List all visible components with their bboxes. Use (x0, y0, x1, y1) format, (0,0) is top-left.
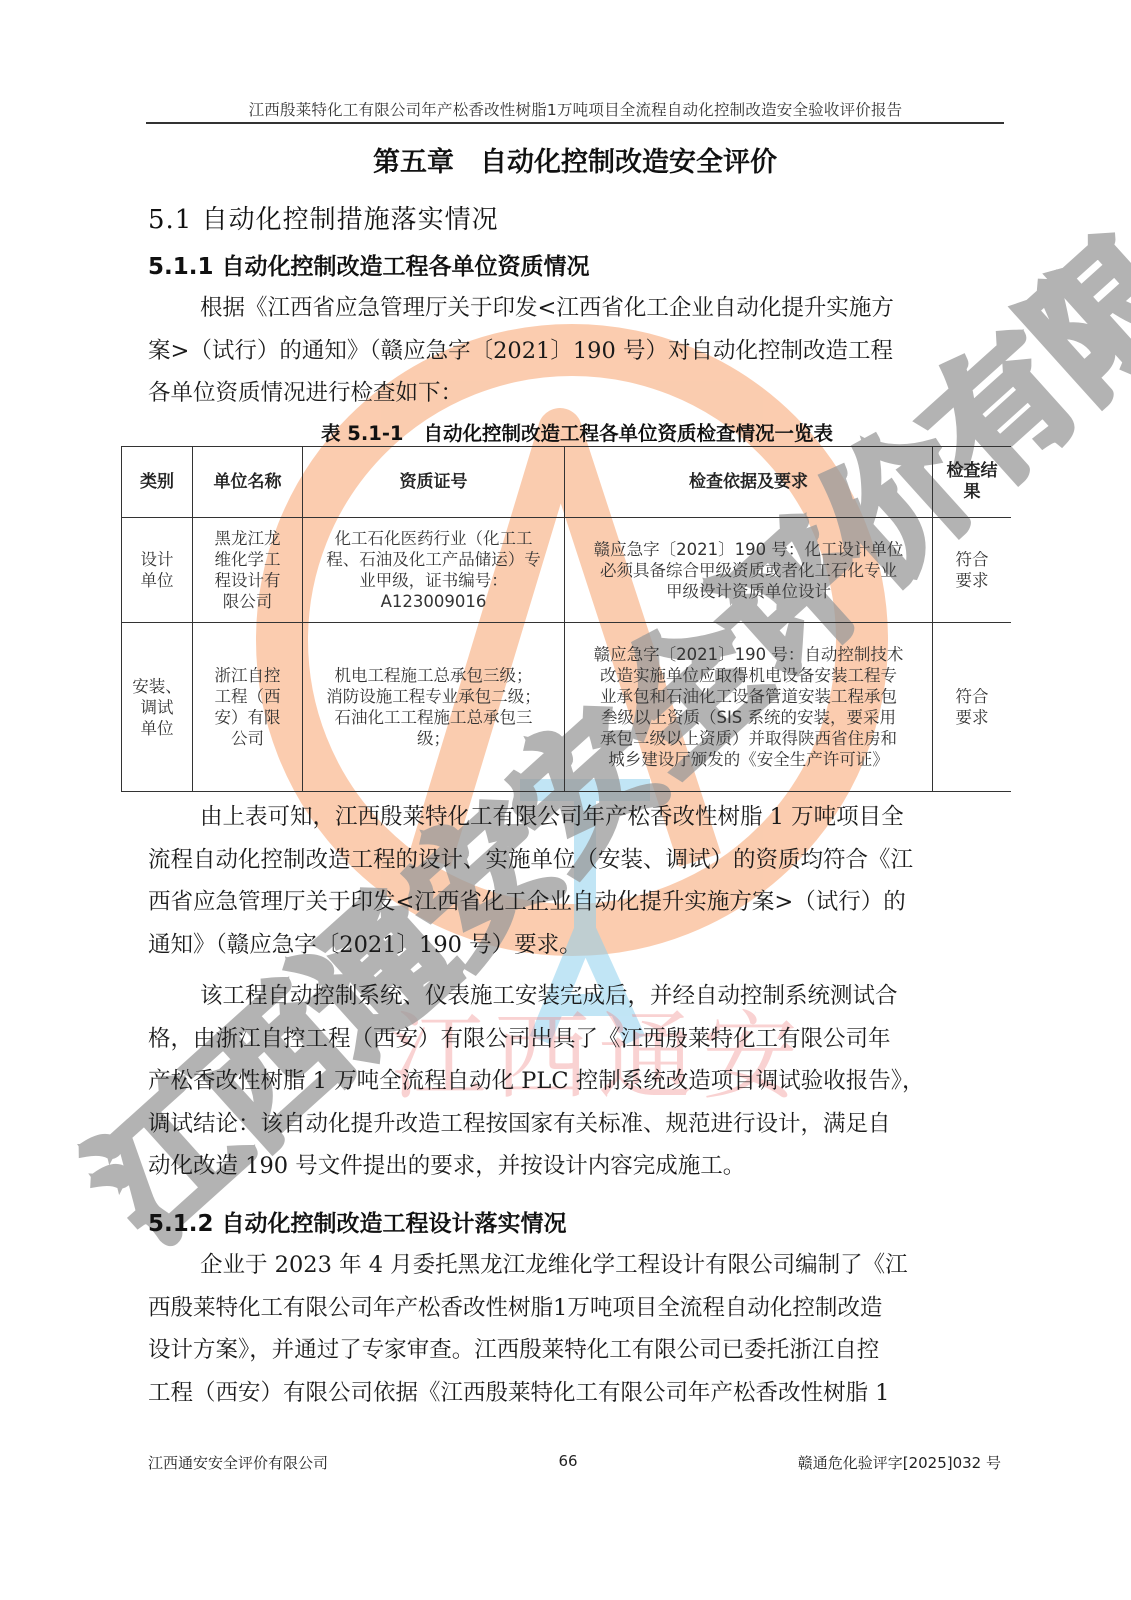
intro-paragraph: 根据《江西省应急管理厅关于印发<江西省化工企业自动化提升实施方 案>（试行）的通… (148, 287, 1008, 415)
text-line: 调试结论：该自动化提升改造工程按国家有关标准、规范进行设计，满足自 (148, 1103, 1008, 1146)
section-heading-5-1-2: 5.1.2 自动化控制改造工程设计落实情况 (148, 1205, 567, 1238)
footer-company: 江西通安安全评价有限公司 (148, 1452, 328, 1473)
cell-result: 符合要求 (933, 518, 1012, 623)
table-number: 表 5.1-1 (321, 422, 404, 445)
text-line: 由上表可知，江西殷莱特化工有限公司年产松香改性树脂 1 万吨项目全 (148, 796, 1008, 839)
cell-unit-name: 浙江自控工程（西安）有限公司 (193, 623, 303, 792)
cell-basis: 赣应急字〔2021〕190 号：自动控制技术改造实施单位应取得机电设备安装工程专… (565, 623, 933, 792)
text-line: 根据《江西省应急管理厅关于印发<江西省化工企业自动化提升实施方 (148, 287, 1008, 330)
text-line: 企业于 2023 年 4 月委托黑龙江龙维化学工程设计有限公司编制了《江 (148, 1244, 1008, 1287)
footer-document-number: 赣通危化验评字[2025]032 号 (798, 1452, 1001, 1473)
header-rule (146, 122, 1004, 124)
chapter-title: 第五章自动化控制改造安全评价 (146, 140, 1004, 179)
cell-qualification: 机电工程施工总承包三级；消防设施工程专业承包二级；石油化工工程施工总承包三级； (303, 623, 565, 792)
chapter-name: 自动化控制改造安全评价 (480, 147, 777, 178)
text-line: 产松香改性树脂 1 万吨全流程自动化 PLC 控制系统改造项目调试验收报告》， (148, 1060, 1008, 1103)
text-line: 各单位资质情况进行检查如下： (148, 372, 1008, 415)
page-number: 66 (548, 1452, 588, 1470)
section-heading-5-1: 5.1 自动化控制措施落实情况 (148, 199, 499, 236)
header-result: 检查结果 (933, 447, 1012, 518)
cell-category: 安装、调试单位 (122, 623, 193, 792)
text-line: 设计方案》，并通过了专家审查。江西殷莱特化工有限公司已委托浙江自控 (148, 1329, 1008, 1372)
cell-basis: 赣应急字〔2021〕190 号：化工设计单位必须具备综合甲级资质或者化工石化专业… (565, 518, 933, 623)
testing-paragraph: 该工程自动控制系统、仪表施工安装完成后，并经自动控制系统测试合 格，由浙江自控工… (148, 975, 1008, 1188)
table-row: 设计单位 黑龙江龙维化学工程设计有限公司 化工石化医药行业（化工工程、石油及化工… (122, 518, 1012, 623)
cell-category: 设计单位 (122, 518, 193, 623)
text-line: 格，由浙江自控工程（西安）有限公司出具了《江西殷莱特化工有限公司年 (148, 1018, 1008, 1061)
text-line: 西殷莱特化工有限公司年产松香改性树脂1万吨项目全流程自动化控制改造 (148, 1287, 1008, 1330)
text-line: 案>（试行）的通知》（赣应急字〔2021〕190 号）对自动化控制改造工程 (148, 330, 1008, 373)
document-page: 江西通安 江西通安安全评价有限公司 江西殷莱特化工有限公司年产松香改性树脂1万吨… (0, 0, 1131, 1600)
header-unit-name: 单位名称 (193, 447, 303, 518)
running-header: 江西殷莱特化工有限公司年产松香改性树脂1万吨项目全流程自动化控制改造安全验收评价… (148, 98, 1003, 120)
cell-qualification: 化工石化医药行业（化工工程、石油及化工产品储运）专业甲级，证书编号：A12300… (303, 518, 565, 623)
table-row: 安装、调试单位 浙江自控工程（西安）有限公司 机电工程施工总承包三级；消防设施工… (122, 623, 1012, 792)
text-line: 该工程自动控制系统、仪表施工安装完成后，并经自动控制系统测试合 (148, 975, 1008, 1018)
cell-result: 符合要求 (933, 623, 1012, 792)
text-line: 流程自动化控制改造工程的设计、实施单位（安装、调试）的资质均符合《江 (148, 839, 1008, 882)
qualification-table: 类别 单位名称 资质证号 检查依据及要求 检查结果 设计单位 黑龙江龙维化学工程… (121, 446, 1011, 792)
header-basis: 检查依据及要求 (565, 447, 933, 518)
table-header-row: 类别 单位名称 资质证号 检查依据及要求 检查结果 (122, 447, 1012, 518)
text-line: 西省应急管理厅关于印发<江西省化工企业自动化提升实施方案>（试行）的 (148, 881, 1008, 924)
table-caption: 表 5.1-1自动化控制改造工程各单位资质检查情况一览表 (148, 418, 1006, 446)
design-paragraph: 企业于 2023 年 4 月委托黑龙江龙维化学工程设计有限公司编制了《江 西殷莱… (148, 1244, 1008, 1414)
header-category: 类别 (122, 447, 193, 518)
header-qualification: 资质证号 (303, 447, 565, 518)
text-line: 工程（西安）有限公司依据《江西殷莱特化工有限公司年产松香改性树脂 1 (148, 1372, 1008, 1415)
text-line: 动化改造 190 号文件提出的要求，并按设计内容完成施工。 (148, 1145, 1008, 1188)
cell-unit-name: 黑龙江龙维化学工程设计有限公司 (193, 518, 303, 623)
conclusion-paragraph: 由上表可知，江西殷莱特化工有限公司年产松香改性树脂 1 万吨项目全 流程自动化控… (148, 796, 1008, 966)
text-line: 通知》（赣应急字〔2021〕190 号）要求。 (148, 924, 1008, 967)
chapter-number: 第五章 (373, 147, 454, 178)
section-heading-5-1-1: 5.1.1 自动化控制改造工程各单位资质情况 (148, 248, 590, 281)
table-title: 自动化控制改造工程各单位资质检查情况一览表 (423, 422, 833, 445)
